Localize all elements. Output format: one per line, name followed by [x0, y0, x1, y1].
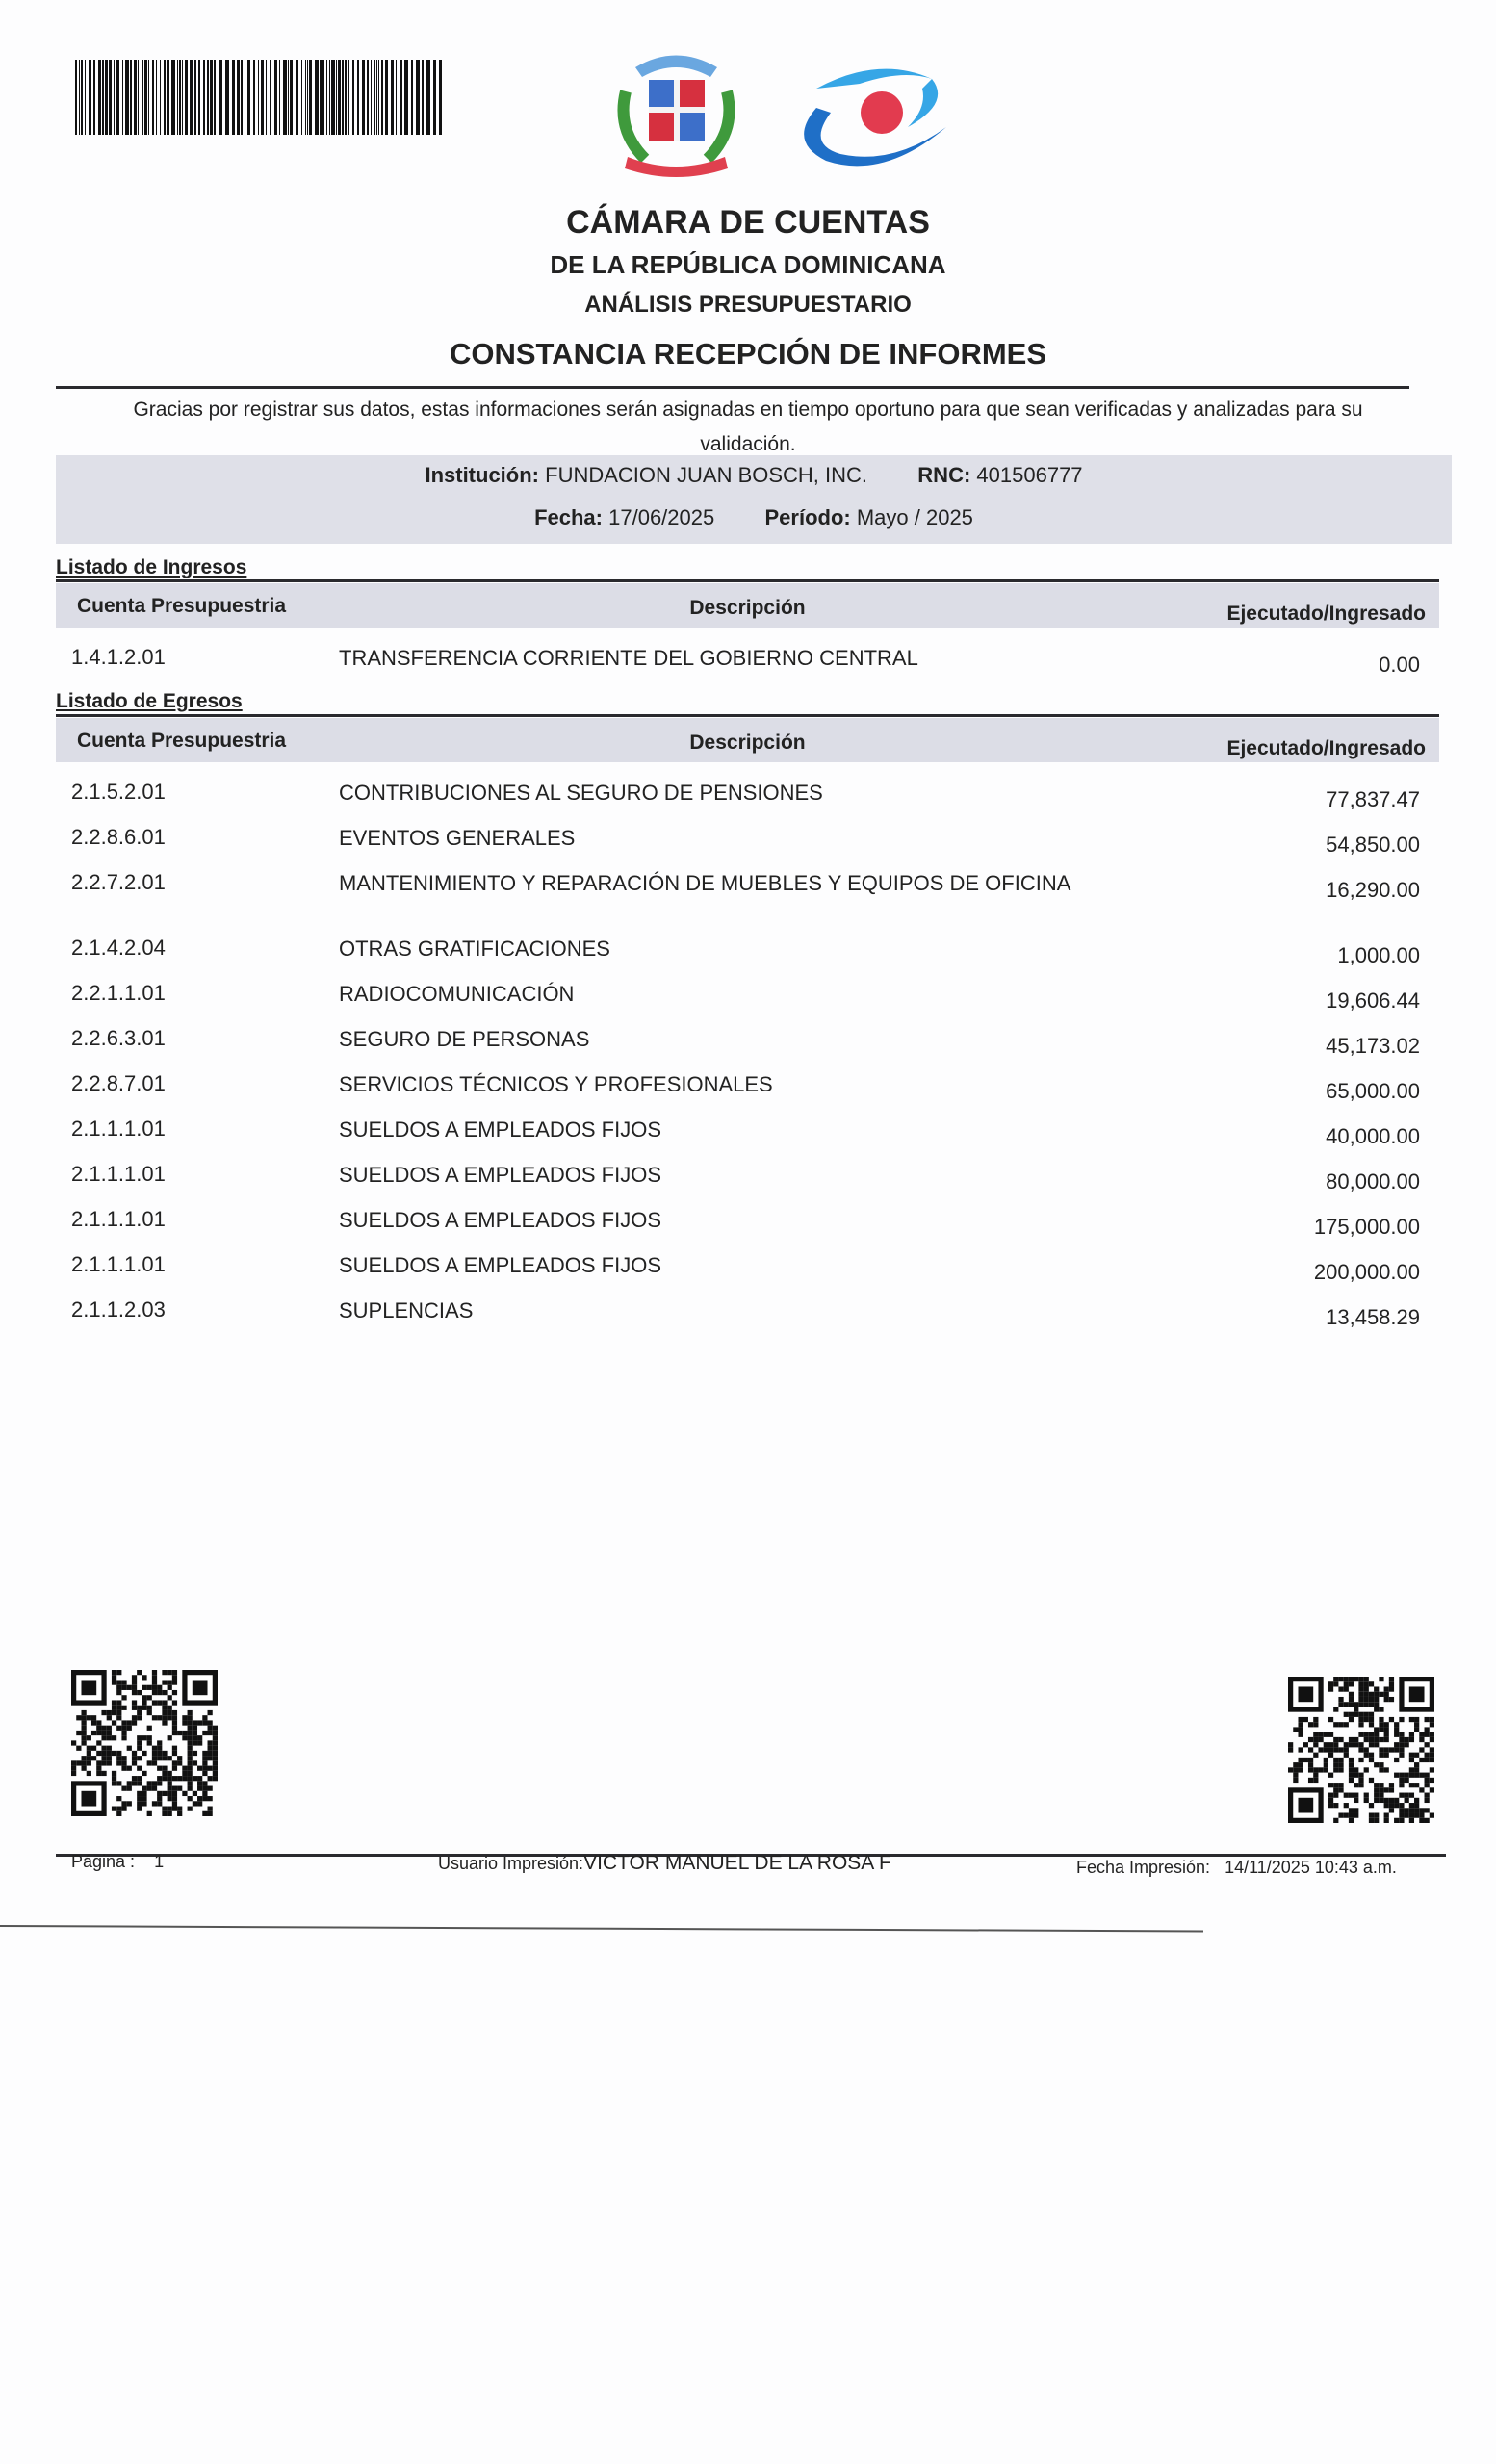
- thanks-message: Gracias por registrar sus datos, estas i…: [96, 393, 1400, 462]
- amount: 54,850.00: [1326, 833, 1420, 858]
- org-subtitle: DE LA REPÚBLICA DOMINICANA: [0, 250, 1496, 280]
- institution-value: FUNDACION JUAN BOSCH, INC.: [545, 463, 867, 487]
- account-code: 2.1.1.2.03: [71, 1297, 166, 1322]
- period-label: Período:: [764, 505, 850, 529]
- amount: 13,458.29: [1326, 1305, 1420, 1330]
- print-date-label: Fecha Impresión:: [1076, 1858, 1210, 1877]
- institution-info-box: Institución: FUNDACION JUAN BOSCH, INC. …: [56, 455, 1452, 544]
- amount: 200,000.00: [1314, 1260, 1420, 1285]
- page-value: 1: [154, 1852, 164, 1871]
- amount: 40,000.00: [1326, 1124, 1420, 1149]
- print-date: Fecha Impresión: 14/11/2025 10:43 a.m.: [1076, 1858, 1397, 1878]
- description: SUELDOS A EMPLEADOS FIJOS: [339, 1207, 1090, 1233]
- description: SUELDOS A EMPLEADOS FIJOS: [339, 1162, 1090, 1188]
- qr-code-icon: [1288, 1677, 1434, 1823]
- column-header-amount: Ejecutado/Ingresado: [1226, 603, 1426, 626]
- description: SERVICIOS TÉCNICOS Y PROFESIONALES: [339, 1071, 1090, 1097]
- page-edge-line: [0, 1925, 1203, 1932]
- column-header-account: Cuenta Presupuestria: [77, 595, 286, 618]
- camara-de-cuentas-logo-icon: [787, 60, 951, 175]
- description: MANTENIMIENTO Y REPARACIÓN DE MUEBLES Y …: [339, 870, 1090, 896]
- account-code: 2.2.6.3.01: [71, 1026, 166, 1051]
- description: TRANSFERENCIA CORRIENTE DEL GOBIERNO CEN…: [339, 645, 1090, 671]
- account-code: 2.2.1.1.01: [71, 981, 166, 1006]
- account-code: 2.2.7.2.01: [71, 870, 166, 895]
- coat-of-arms-icon: [606, 43, 746, 183]
- amount: 77,837.47: [1326, 787, 1420, 812]
- amount: 1,000.00: [1337, 943, 1420, 968]
- department-title: ANÁLISIS PRESUPUESTARIO: [0, 292, 1496, 319]
- account-code: 2.1.1.1.01: [71, 1252, 166, 1277]
- account-code: 2.1.1.1.01: [71, 1207, 166, 1232]
- qr-code-icon: [71, 1670, 218, 1816]
- ingresos-divider: [56, 579, 1439, 582]
- date-value: 17/06/2025: [608, 505, 714, 529]
- description: CONTRIBUCIONES AL SEGURO DE PENSIONES: [339, 780, 1090, 806]
- account-code: 2.1.4.2.04: [71, 936, 166, 961]
- description: RADIOCOMUNICACIÓN: [339, 981, 1090, 1007]
- barcode-icon: [75, 60, 449, 135]
- amount: 80,000.00: [1326, 1169, 1420, 1194]
- description: EVENTOS GENERALES: [339, 825, 1090, 851]
- description: SEGURO DE PERSONAS: [339, 1026, 1090, 1052]
- header-divider: [56, 386, 1409, 389]
- print-date-value: 14/11/2025 10:43 a.m.: [1225, 1858, 1397, 1877]
- ingresos-table-header: Cuenta Presupuestria Descripción Ejecuta…: [56, 583, 1439, 628]
- egresos-table-header: Cuenta Presupuestria Descripción Ejecuta…: [56, 718, 1439, 762]
- amount: 0.00: [1379, 653, 1420, 678]
- institution-label: Institución:: [425, 463, 539, 487]
- period-value: Mayo / 2025: [857, 505, 973, 529]
- page-label: Página :: [71, 1852, 135, 1871]
- print-user-value: VICTOR MANUEL DE LA ROSA F: [583, 1852, 891, 1874]
- amount: 65,000.00: [1326, 1079, 1420, 1104]
- account-code: 1.4.1.2.01: [71, 645, 166, 670]
- amount: 45,173.02: [1326, 1034, 1420, 1059]
- account-code: 2.1.1.1.01: [71, 1116, 166, 1142]
- description: SUPLENCIAS: [339, 1297, 1090, 1323]
- org-title: CÁMARA DE CUENTAS: [0, 204, 1496, 242]
- amount: 175,000.00: [1314, 1215, 1420, 1240]
- account-code: 2.2.8.7.01: [71, 1071, 166, 1096]
- column-header-amount: Ejecutado/Ingresado: [1226, 737, 1426, 760]
- page-number: Página : 1: [71, 1852, 164, 1872]
- document-title: CONSTANCIA RECEPCIÓN DE INFORMES: [0, 337, 1496, 372]
- account-code: 2.2.8.6.01: [71, 825, 166, 850]
- rnc-label: RNC:: [917, 463, 970, 487]
- description: SUELDOS A EMPLEADOS FIJOS: [339, 1252, 1090, 1278]
- egresos-section-label: Listado de Egresos: [56, 690, 243, 713]
- print-user: Usuario Impresión:VICTOR MANUEL DE LA RO…: [438, 1852, 891, 1875]
- description: OTRAS GRATIFICACIONES: [339, 936, 1090, 962]
- print-user-label: Usuario Impresión:: [438, 1854, 583, 1873]
- account-code: 2.1.5.2.01: [71, 780, 166, 805]
- account-code: 2.1.1.1.01: [71, 1162, 166, 1187]
- amount: 16,290.00: [1326, 878, 1420, 903]
- egresos-divider: [56, 714, 1439, 717]
- amount: 19,606.44: [1326, 988, 1420, 1014]
- column-header-account: Cuenta Presupuestria: [77, 730, 286, 753]
- date-label: Fecha:: [534, 505, 603, 529]
- ingresos-section-label: Listado de Ingresos: [56, 556, 246, 579]
- rnc-value: 401506777: [976, 463, 1082, 487]
- description: SUELDOS A EMPLEADOS FIJOS: [339, 1116, 1090, 1142]
